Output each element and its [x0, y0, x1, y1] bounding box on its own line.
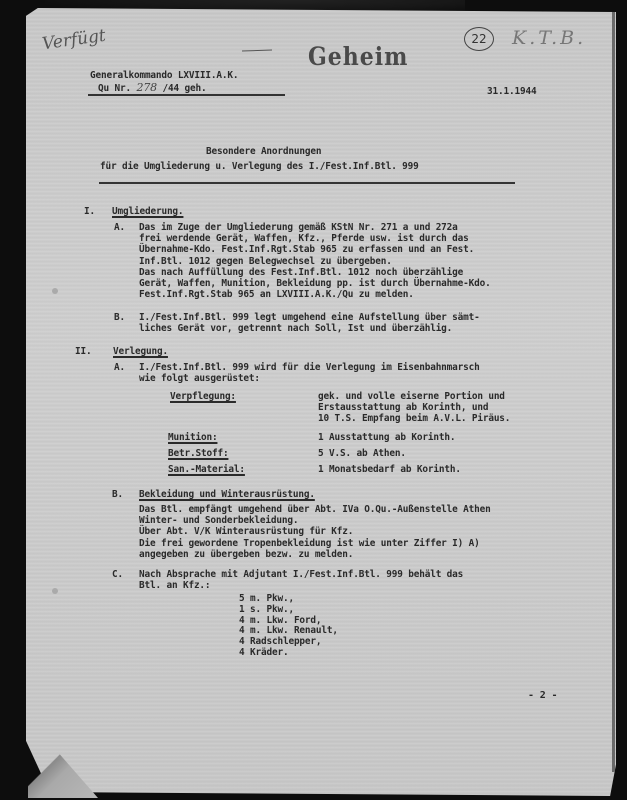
text-line: gek. und volle eiserne Portion und	[318, 391, 510, 402]
punch-hole-mark	[52, 588, 58, 594]
section-2b-body: Das Btl. empfängt umgehend über Abt. IVa…	[139, 504, 491, 560]
section-2-number: II.	[75, 346, 91, 357]
section-2c-body: Nach Absprache mit Adjutant I./Fest.Inf.…	[139, 569, 463, 591]
section-1a-body: Das im Zuge der Umgliederung gemäß KStN …	[139, 222, 491, 300]
classification-stamp: Geheim	[308, 42, 408, 72]
supply-item-detail: 5 V.S. ab Athen.	[318, 448, 406, 459]
text-line: Das im Zuge der Umgliederung gemäß KStN …	[139, 222, 491, 233]
text-line: Das Btl. empfängt umgehend über Abt. IVa…	[139, 504, 491, 515]
title-line-1: Besondere Anordnungen	[206, 146, 321, 157]
text-line: liches Gerät vor, getrennt nach Soll, Is…	[139, 323, 480, 334]
handwritten-ktb: K.T.B.	[512, 27, 586, 49]
supply-item-label: Betr.Stoff:	[168, 448, 228, 459]
section-1a-label: A.	[114, 222, 125, 233]
section-2a-body: I./Fest.Inf.Btl. 999 wird für die Verleg…	[139, 362, 480, 384]
text-line: Gerät, Waffen, Munition, Bekleidung pp. …	[139, 278, 491, 289]
supply-item-detail: gek. und volle eiserne Portion und Ersta…	[318, 391, 510, 425]
supply-item-label: Verpflegung:	[170, 391, 236, 402]
supply-item-detail: 1 Monatsbedarf ab Korinth.	[318, 464, 461, 475]
text-line: I./Fest.Inf.Btl. 999 wird für die Verleg…	[139, 362, 480, 373]
section-2a-label: A.	[114, 362, 125, 373]
text-line: Das nach Auffüllung des Fest.Inf.Btl. 10…	[139, 267, 491, 278]
section-1-number: I.	[84, 206, 95, 217]
supply-item-label: Munition:	[168, 432, 217, 443]
document-date: 31.1.1944	[487, 86, 536, 97]
text-line: Die frei gewordene Tropenbekleidung ist …	[139, 538, 491, 549]
ref-suffix: /44 geh.	[163, 83, 207, 94]
text-line: Übernahme-Kdo. Fest.Inf.Rgt.Stab 965 zu …	[139, 244, 491, 255]
text-line: angegeben zu übergeben bezw. zu melden.	[139, 549, 491, 560]
punch-hole-mark	[52, 288, 58, 294]
title-line-2: für die Umgliederung u. Verlegung des I.…	[100, 161, 419, 172]
section-1b-label: B.	[114, 312, 125, 323]
page-edge	[612, 12, 615, 772]
reference-line: Qu Nr. 278 /44 geh.	[90, 82, 206, 94]
supply-item-label: San.-Material:	[168, 464, 245, 475]
text-line: Fest.Inf.Rgt.Stab 965 an LXVIII.A.K./Qu …	[139, 289, 491, 300]
text-line: Btl. an Kfz.:	[139, 580, 463, 591]
archive-number-circle: 22	[464, 27, 494, 51]
issuer-line: Generalkommando LXVIII.A.K.	[90, 70, 238, 81]
vehicle-item: 1 s. Pkw.,	[239, 605, 338, 616]
reference-underline	[88, 94, 285, 96]
text-line: Nach Absprache mit Adjutant I./Fest.Inf.…	[139, 569, 463, 580]
text-line: I./Fest.Inf.Btl. 999 legt umgehend eine …	[139, 312, 480, 323]
section-1b-body: I./Fest.Inf.Btl. 999 legt umgehend eine …	[139, 312, 480, 334]
title-rule	[99, 182, 515, 184]
text-line: Inf.Btl. 1012 gegen Belegwechsel zu über…	[139, 256, 491, 267]
section-2b-heading: Bekleidung und Winterausrüstung.	[139, 489, 315, 500]
text-line: Über Abt. V/K Winterausrüstung für Kfz.	[139, 526, 491, 537]
text-line: frei werdende Gerät, Waffen, Kfz., Pferd…	[139, 233, 491, 244]
text-line: wie folgt ausgerüstet:	[139, 373, 480, 384]
page-number: - 2 -	[528, 690, 557, 701]
section-2c-label: C.	[112, 569, 123, 580]
ref-handwritten-number: 278	[136, 81, 157, 94]
ref-prefix: Qu Nr.	[98, 83, 131, 94]
text-line: Erstausstattung ab Korinth, und	[318, 402, 510, 413]
text-line: Winter- und Sonderbekleidung.	[139, 515, 491, 526]
vehicle-list: 5 m. Pkw., 1 s. Pkw., 4 m. Lkw. Ford, 4 …	[239, 594, 338, 659]
section-2b-label: B.	[112, 489, 123, 500]
section-2-heading: Verlegung.	[113, 346, 168, 357]
supply-item-detail: 1 Ausstattung ab Korinth.	[318, 432, 455, 443]
vehicle-item: 4 Kräder.	[239, 648, 338, 659]
section-1-heading: Umgliederung.	[112, 206, 183, 217]
text-line: 10 T.S. Empfang beim A.V.L. Piräus.	[318, 413, 510, 424]
